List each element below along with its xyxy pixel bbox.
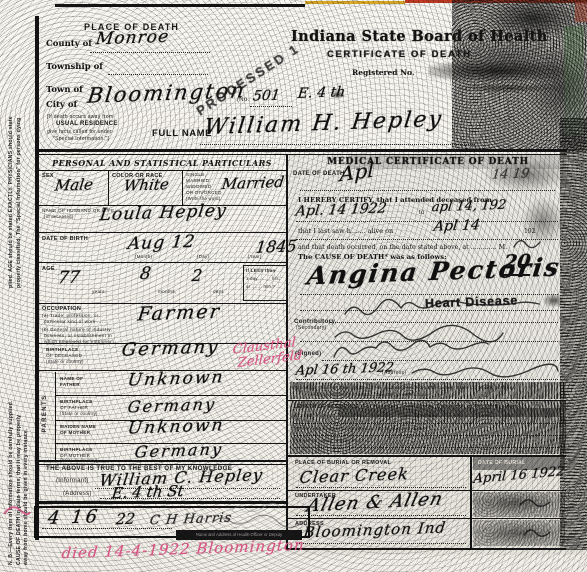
birthplace-l3: (State or country) (46, 359, 84, 364)
dod-smudged-value: 14 19 (491, 166, 530, 182)
birthplace-l1: BIRTHPLACE (46, 347, 79, 352)
age-months-unit: months, (158, 289, 176, 294)
margin-note-line: away from home should be given in every … (23, 291, 31, 565)
burial-bottom-rule (288, 548, 566, 550)
street-value: E. 4 th (297, 84, 346, 102)
occupation-b1: (b) General nature of industry, (42, 327, 112, 332)
license-cell-smudge2 (473, 520, 565, 546)
heart-note-smudge (543, 294, 565, 307)
top-yellow-strip (305, 1, 405, 4)
residence-line4: Former or usual residence ..............… (294, 439, 403, 444)
contributory-label: Contributory (294, 318, 335, 325)
residence-note-line2: USUAL RESIDENCE (56, 121, 118, 127)
age-days-value: 2 (191, 266, 204, 285)
mother-bp-l3: (State or country) (60, 458, 98, 463)
contributory-sub-label: (Secondary) (296, 325, 327, 331)
right-edge-red-fleck (575, 2, 587, 22)
father-bp-l1: BIRTHPLACE (60, 399, 93, 404)
certify-from-value: Apl. 14 1922 (295, 200, 388, 219)
registered-no-label: Registered No. (352, 68, 414, 77)
dob-value: Aug 12 (127, 232, 197, 254)
header-divider-2 (36, 154, 567, 156)
residence-note-line3: give facts called for under (47, 129, 112, 135)
residence-note-line4: "Special Information."] (53, 136, 109, 142)
occupation-a2: particular kind of work ....... (44, 319, 108, 324)
death-hour-scrawl (514, 241, 540, 248)
board-title: Indiana State Board of Health (291, 28, 548, 45)
certify-to-word: to (419, 210, 425, 216)
certify-line-rule (296, 221, 558, 222)
residence-line1: LENGTH OF RESIDENCE (For Hospitals, Inst… (294, 404, 523, 410)
registrar-signature: C H Harris (149, 511, 233, 529)
dod-value: Apl (340, 158, 374, 186)
medical-section-title: MEDICAL CERTIFICATE OF DEATH (292, 157, 564, 167)
contributory-rule (330, 322, 558, 323)
father-bp-l2: OF FATHER (60, 405, 88, 410)
corner-blotches-top-right (452, 0, 587, 152)
residence-note-line1: [If death occurs away from (47, 114, 113, 120)
dod-label: DATE OF DEATH (293, 171, 345, 177)
less-box-l3: or ....... min.? (246, 284, 275, 289)
registered-no-smear2 (450, 82, 565, 94)
license-scrawl-2 (524, 530, 550, 536)
father-name-l2: FATHER (60, 382, 80, 387)
mother-name-value: Unknown (127, 415, 226, 438)
rule (37, 262, 287, 263)
header-divider-1 (36, 149, 567, 152)
signed-rule2 (296, 379, 558, 380)
county-label: County of (46, 39, 92, 49)
signed-address-scrawl (412, 364, 558, 377)
occupation-value: Farmer (136, 301, 222, 326)
license-scrawl-1 (520, 500, 550, 506)
township-label: Township of (46, 62, 103, 72)
township-line (108, 74, 208, 75)
signed-date-value: Apl 16 th 1922 (295, 360, 395, 378)
cause-code-value: 20 (503, 251, 532, 274)
top-border-line (55, 4, 305, 7)
marital-label-l3: WIDOWED (186, 184, 211, 189)
last-saw-line: that I last saw h....... alive on (298, 227, 393, 235)
personal-section-title: PERSONAL AND STATISTICAL PARTICULARS (37, 158, 287, 168)
burial-date-value: April 16 1922 (473, 464, 565, 487)
residence-line3: Where was disease contracted, if not at … (294, 427, 468, 432)
age-days-unit: days (213, 289, 224, 294)
rule (37, 170, 287, 171)
dob-label: DATE OF BIRTH (42, 236, 88, 242)
mother-name-l1: MAIDEN NAME (60, 424, 96, 429)
father-bp-l3: (State or country) (60, 411, 98, 416)
occurred-line: and that death occurred, on the date sta… (298, 244, 507, 251)
cause-rule (300, 294, 558, 295)
full-name-line (200, 144, 475, 145)
husband-value: Loula Hepley (98, 201, 227, 225)
age-months-value: 8 (139, 264, 152, 284)
dob-month-caption: (Month) (135, 254, 152, 259)
father-bp-value: Germany (127, 394, 218, 416)
dod-line (300, 190, 555, 191)
marital-value: Married (221, 173, 285, 193)
heart-disease-annotation: Heart Disease (425, 293, 519, 310)
margin-note-top: plied. AGE should be stated EXACTLY. PHY… (8, 26, 23, 288)
city-label: City of (46, 100, 77, 110)
birthplace-l2: OF DECEASED (46, 353, 82, 358)
dob-year-value: 1845 (255, 236, 298, 256)
marital-label-l4: OR DIVORCED (186, 190, 222, 195)
less-box-l1: If LESS than (246, 268, 275, 273)
license-noise-2 (473, 520, 565, 546)
age-label: AGE (42, 266, 55, 272)
marital-label-l1: SINGLE, (186, 172, 206, 177)
cause-code-underline (500, 274, 530, 276)
mother-name-l2: OF MOTHER (60, 430, 90, 435)
mother-bp-value: Germany (134, 439, 225, 461)
death-certificate-scan: plied. AGE should be stated EXACTLY. PHY… (0, 0, 587, 572)
registered-no-smear (428, 60, 566, 82)
full-name-value: William H. Hepley (203, 107, 445, 140)
certify-to-value: apl 14, 192 (431, 198, 507, 216)
undertaker-address-rule (296, 543, 466, 544)
marital-label-l2: MARRIED, (186, 178, 211, 183)
rule (288, 400, 566, 401)
cell-divider (108, 170, 109, 205)
margin-note-line: plied. AGE should be stated EXACTLY. PHY… (8, 26, 16, 288)
parents-label: PARENTS (42, 372, 50, 455)
last-saw-value: Apl 14 (433, 217, 481, 235)
husband-label-l2: (of deceased) (44, 214, 74, 219)
burial-date-label: DATE OF BURIAL (478, 460, 526, 466)
death-date-annotation: died 14-4-1922 Bloomington (61, 536, 305, 562)
house-number-line (250, 106, 292, 107)
certificate-title: CERTIFICATE OF DEATH (327, 49, 472, 60)
margin-note-line: CAUSE OF DEATH in plain terms, that it m… (16, 291, 24, 565)
house-number-value: 501 (252, 88, 281, 105)
informant-address-value: E. 4 th St (111, 482, 185, 502)
mother-bp-l1: BIRTHPLACE (60, 447, 93, 452)
informant-address-label: (Address) (63, 491, 92, 497)
dob-day-caption: (Day) (197, 254, 209, 259)
occupation-b3: which employed (or employer) (44, 339, 114, 344)
footnote-line1: *State the Disease Causing Death, or, in… (294, 385, 516, 390)
corner-noise-top-right (452, 0, 587, 152)
last-saw-year: 192 (524, 228, 535, 235)
parents-bracket-line (55, 372, 56, 460)
burial-top-rule (288, 455, 566, 457)
residence-rule1 (294, 423, 562, 424)
sex-label: SEX (42, 173, 54, 179)
margin-note-line: N. B.—Every item of information should b… (8, 291, 16, 565)
filed-year-value: 22 (115, 510, 136, 529)
contributory-scrawl-2 (335, 325, 503, 341)
age-years-unit: years, (92, 289, 106, 294)
residence-rule2 (294, 435, 562, 436)
father-name-l1: NAME OF (60, 376, 83, 381)
residence-line2: At place of death ........ yrs. ........… (294, 414, 514, 419)
county-value: Monroe (95, 27, 171, 50)
county-line (90, 52, 210, 53)
residence-rule3 (294, 447, 562, 448)
filed-date-value: 4 16 (47, 506, 102, 529)
less-box-l2: 1 day, ....... hrs. (246, 276, 280, 281)
margin-note-line: properly classified. The "Special Inform… (16, 26, 24, 288)
burial-cell-divider (470, 456, 472, 549)
color-race-value: White (123, 175, 170, 195)
burial-place-value: Clear Creek (299, 464, 411, 487)
occupation-b2: business, or establishment in (44, 333, 112, 338)
sex-value: Male (54, 175, 94, 194)
father-name-value: Unknown (127, 367, 226, 390)
town-label: Town of (46, 85, 83, 95)
undertaker-address-value: Bloomington Ind (303, 519, 448, 542)
occupation-a1: (a) Trade, profession, or (42, 313, 99, 318)
footnote-line2: and (2) whether Accidental, Suicidal, or… (310, 392, 428, 397)
top-red-strip (405, 0, 587, 3)
last-saw-rule (296, 239, 558, 240)
age-years-value: 77 (57, 268, 81, 289)
informant-label: (Informant) (56, 478, 89, 484)
license-noise-1 (473, 492, 565, 517)
right-edge-noise-band (560, 118, 587, 550)
cell-divider (182, 170, 183, 205)
margin-note-bottom: N. B.—Every item of information should b… (8, 291, 31, 565)
contributory-rule2 (300, 341, 558, 342)
occupation-label: OCCUPATION (42, 306, 81, 312)
license-cell-smudge (473, 492, 565, 517)
rule-double-c (36, 501, 287, 504)
right-edge-green-tint (564, 26, 584, 136)
physician-signature-scrawl (334, 340, 488, 357)
birthplace-value: Germany (120, 336, 220, 360)
